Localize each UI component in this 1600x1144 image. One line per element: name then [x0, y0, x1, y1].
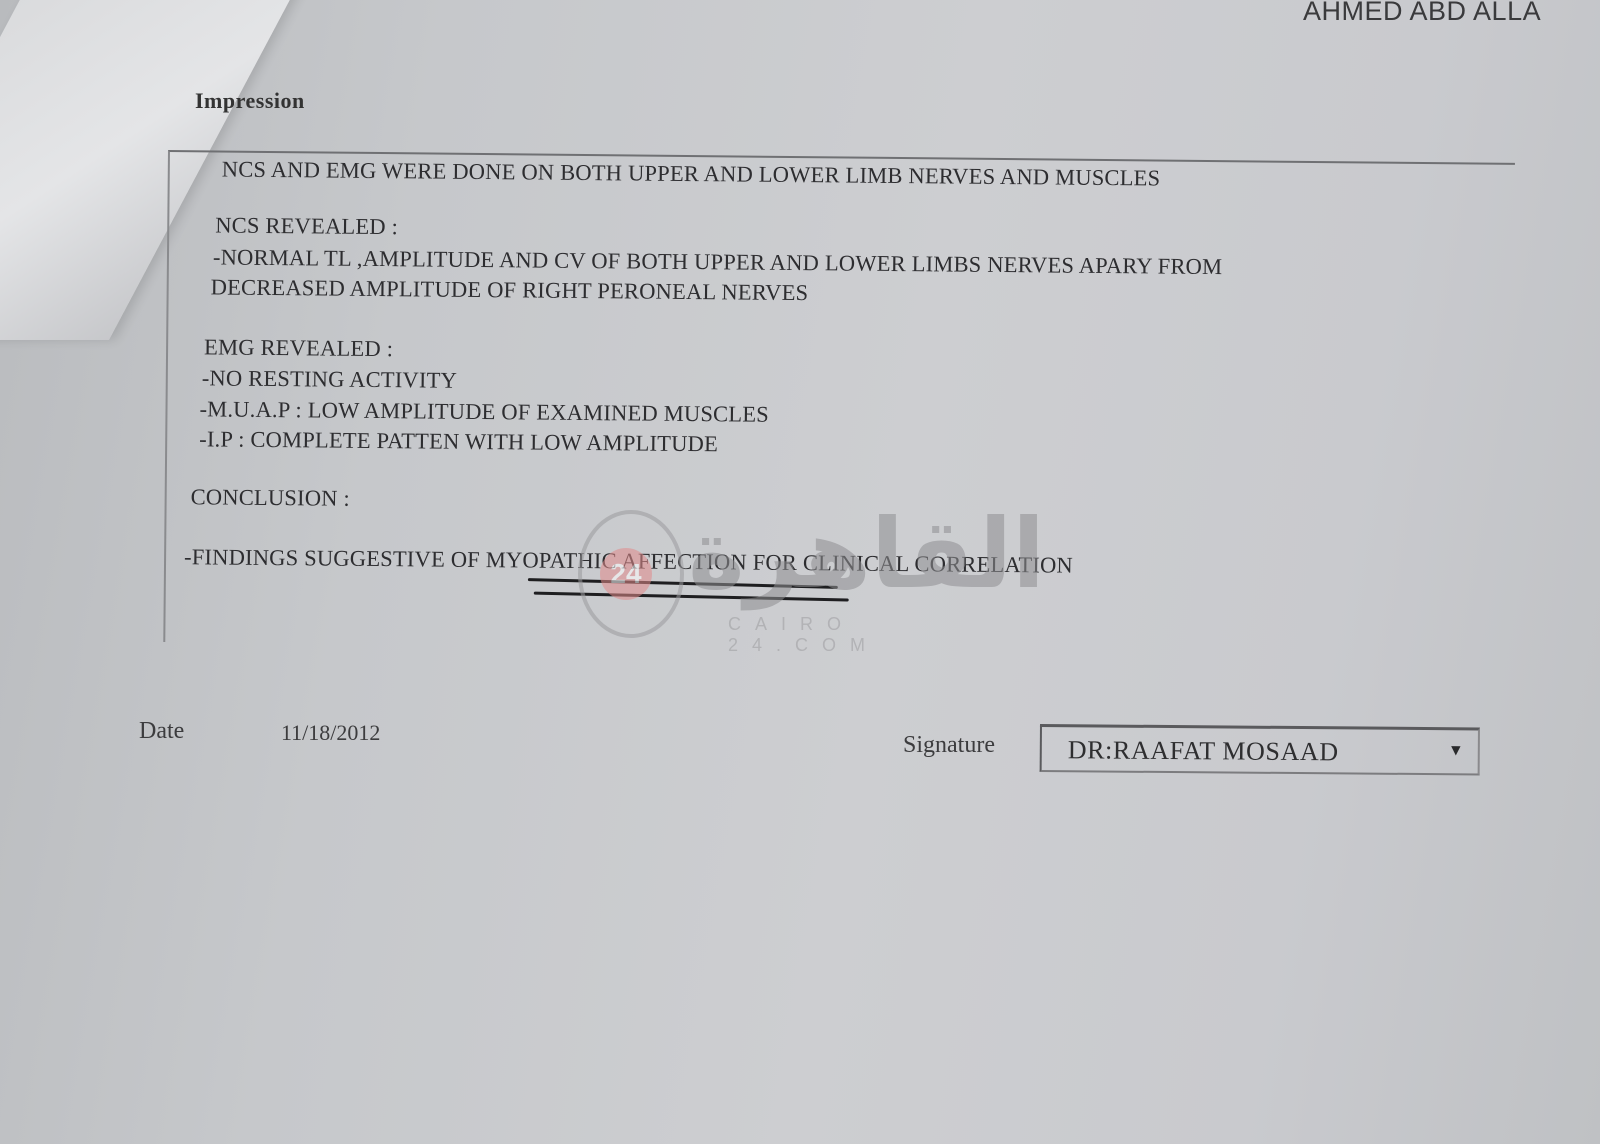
handwritten-underline — [528, 578, 838, 589]
impression-intro: NCS AND EMG WERE DONE ON BOTH UPPER AND … — [222, 157, 1161, 192]
signature-value: DR:RAAFAT MOSAAD — [1068, 735, 1339, 767]
impression-textbox[interactable]: NCS AND EMG WERE DONE ON BOTH UPPER AND … — [163, 150, 1515, 655]
emg-line: -M.U.A.P : LOW AMPLITUDE OF EXAMINED MUS… — [199, 396, 769, 427]
report-page: AHMED ABD ALLA Impression NCS AND EMG WE… — [0, 0, 1600, 1144]
emg-line: -NO RESTING ACTIVITY — [202, 365, 457, 393]
ncs-line: -NORMAL TL ,AMPLITUDE AND CV OF BOTH UPP… — [213, 244, 1223, 280]
patient-name: AHMED ABD ALLA — [1303, 0, 1541, 27]
emg-line: -I.P : COMPLETE PATTEN WITH LOW AMPLITUD… — [199, 426, 718, 457]
impression-label: Impression — [195, 88, 305, 114]
date-label: Date — [139, 718, 184, 745]
conclusion-heading: CONCLUSION : — [191, 484, 351, 512]
signature-label: Signature — [903, 732, 995, 759]
signature-dropdown[interactable]: DR:RAAFAT MOSAAD ▼ — [1040, 724, 1480, 775]
ncs-heading: NCS REVEALED : — [215, 212, 398, 240]
emg-heading: EMG REVEALED : — [204, 334, 393, 362]
chevron-down-icon[interactable]: ▼ — [1448, 742, 1464, 760]
ncs-line: DECREASED AMPLITUDE OF RIGHT PERONEAL NE… — [211, 274, 809, 306]
conclusion-line: -FINDINGS SUGGESTIVE OF MYOPATHIC AFFECT… — [184, 544, 1073, 579]
date-value: 11/18/2012 — [281, 720, 380, 746]
handwritten-underline — [534, 592, 849, 602]
